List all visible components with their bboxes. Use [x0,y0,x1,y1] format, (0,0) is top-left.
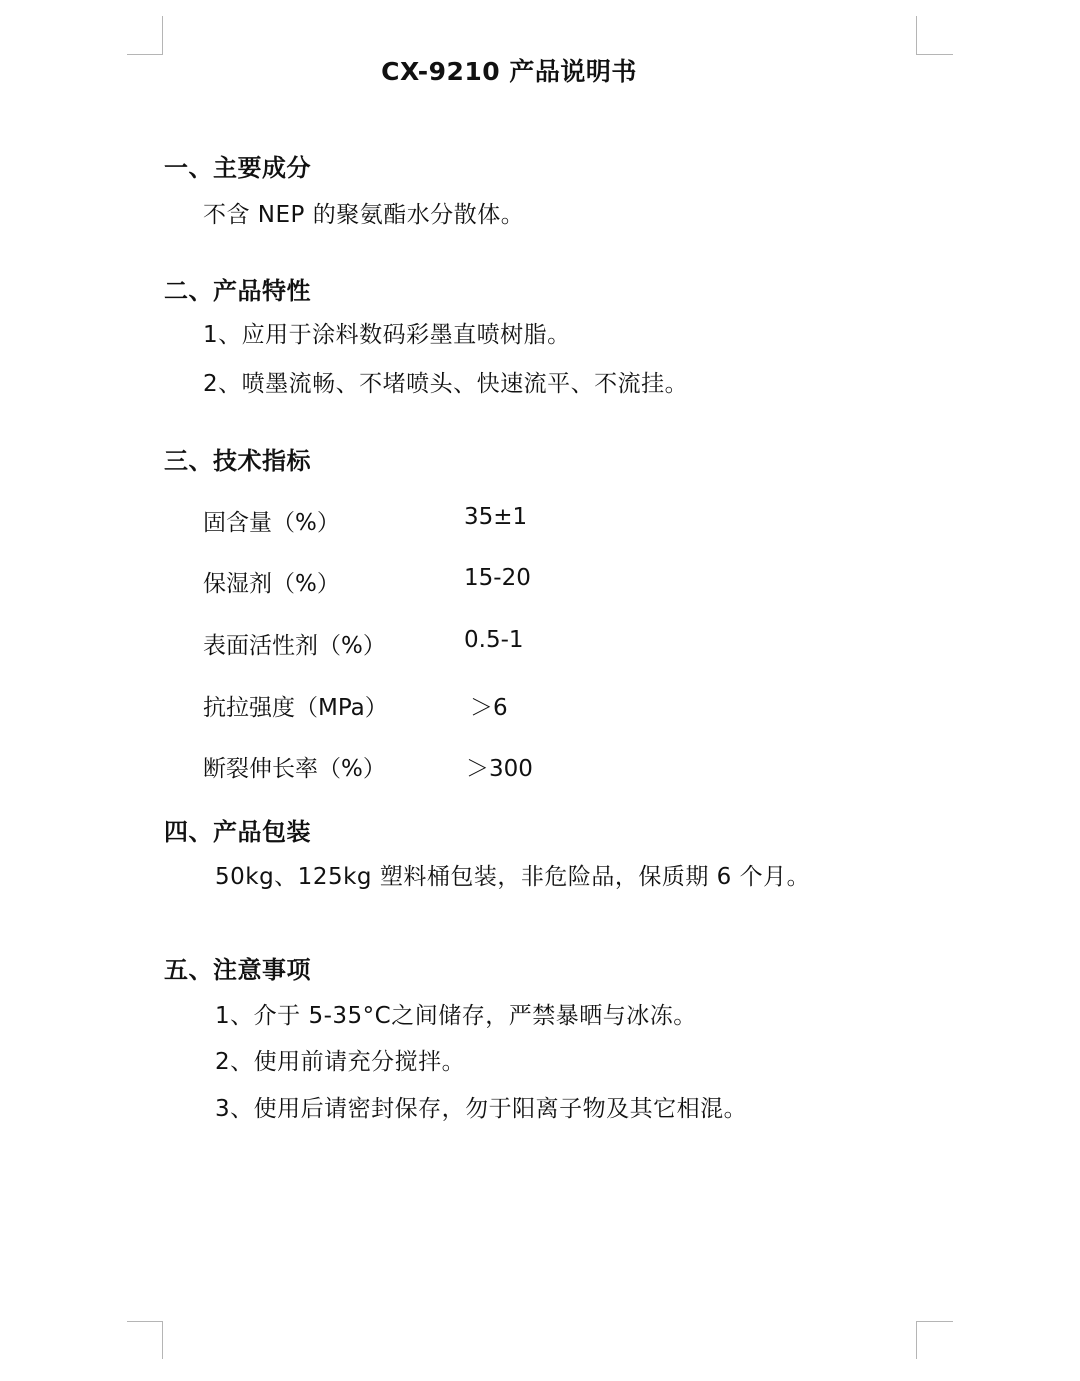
spec-label: 保湿剂（%） [203,565,340,598]
spec-value: 15-20 [464,565,531,591]
note-item: 2、使用前请充分搅拌。 [215,1043,465,1076]
section-heading-features: 二、产品特性 [164,271,311,306]
packaging-text: 50kg、125kg 塑料桶包装，非危险品，保质期 6 个月。 [215,858,810,891]
corner-mark-top-right-v [916,16,917,54]
feature-item: 1、应用于涂料数码彩墨直喷树脂。 [203,316,571,349]
corner-mark-bottom-left-h [127,1321,163,1322]
spec-label: 抗拉强度（MPa） [203,689,388,722]
spec-label: 固含量（%） [203,504,340,537]
corner-mark-bottom-right-v [916,1321,917,1359]
composition-text: 不含 NEP 的聚氨酯水分散体。 [203,196,524,229]
spec-value: 0.5-1 [464,627,524,653]
spec-value: ＞6 [470,689,508,722]
section-heading-composition: 一、主要成分 [164,148,311,183]
spec-label: 断裂伸长率（%） [203,750,386,783]
section-heading-notes: 五、注意事项 [164,950,311,985]
document-title: CX-9210 产品说明书 [0,52,1018,88]
feature-item: 2、喷墨流畅、不堵喷头、快速流平、不流挂。 [203,365,688,398]
spec-value: ＞300 [466,750,533,783]
note-item: 3、使用后请密封保存，勿于阳离子物及其它相混。 [215,1090,747,1123]
spec-label: 表面活性剂（%） [203,627,386,660]
section-heading-specs: 三、技术指标 [164,441,311,476]
spec-value: 35±1 [464,504,527,530]
section-heading-packaging: 四、产品包装 [164,812,311,847]
corner-mark-bottom-left-v [162,1321,163,1359]
corner-mark-top-left-v [162,16,163,54]
corner-mark-bottom-right-h [916,1321,953,1322]
note-item: 1、介于 5-35°C之间储存，严禁暴晒与冰冻。 [215,997,697,1030]
